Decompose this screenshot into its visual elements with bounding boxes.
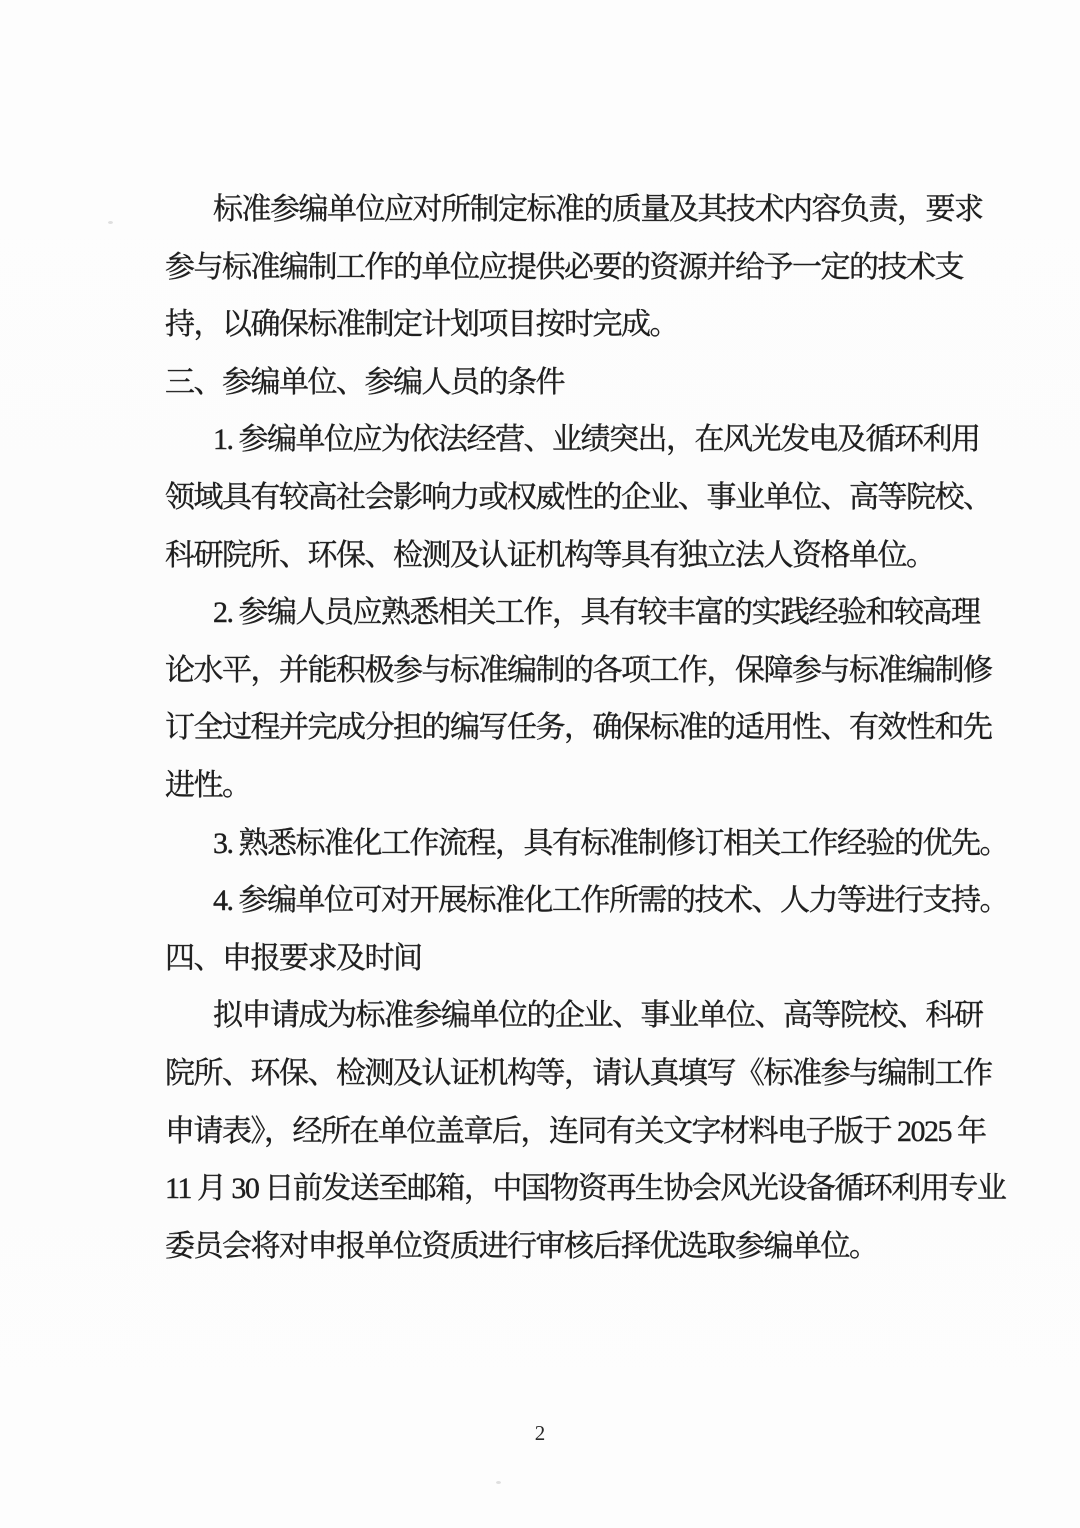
document-page: 标准参编单位应对所制定标准的质量及其技术内容负责，要求 参与标准编制工作的单位应… xyxy=(0,0,1080,1528)
section3-item2-line: 2. 参编人员应熟悉相关工作，具有较丰富的实践经验和较高理 xyxy=(165,584,940,642)
section3-item2-line: 论水平，并能积极参与标准编制的各项工作，保障参与标准编制修 xyxy=(165,642,940,700)
section4-paragraph-line: 委员会将对申报单位资质进行审核后择优选取参编单位。 xyxy=(165,1218,940,1276)
section4-paragraph-line: 拟申请成为标准参编单位的企业、事业单位、高等院校、科研 xyxy=(165,987,940,1045)
section3-item3-line: 3. 熟悉标准化工作流程，具有标准制修订相关工作经验的优先。 xyxy=(165,815,940,873)
section3-item4-line: 4. 参编单位可对开展标准化工作所需的技术、人力等进行支持。 xyxy=(165,872,940,930)
intro-paragraph-line: 持，以确保标准制定计划项目按时完成。 xyxy=(165,296,940,354)
scan-speck xyxy=(496,1481,501,1484)
section4-paragraph-line: 申请表》，经所在单位盖章后，连同有关文字材料电子版于 2025 年 xyxy=(165,1103,940,1161)
section3-item1-line: 领域具有较高社会影响力或权威性的企业、事业单位、高等院校、 xyxy=(165,469,940,527)
section3-item2-line: 订全过程并完成分担的编写任务，确保标准的适用性、有效性和先 xyxy=(165,699,940,757)
page-number: 2 xyxy=(0,1420,1080,1446)
section3-heading: 三、参编单位、参编人员的条件 xyxy=(165,354,940,412)
scan-speck xyxy=(108,221,113,224)
section4-paragraph-line: 院所、环保、检测及认证机构等，请认真填写《标准参与编制工作 xyxy=(165,1045,940,1103)
section3-item2-line: 进性。 xyxy=(165,757,940,815)
intro-paragraph-line: 参与标准编制工作的单位应提供必要的资源并给予一定的技术支 xyxy=(165,239,940,297)
section3-item1-line: 科研院所、环保、检测及认证机构等具有独立法人资格单位。 xyxy=(165,527,940,585)
section4-paragraph-line: 11 月 30 日前发送至邮箱，中国物资再生协会风光设备循环利用专业 xyxy=(165,1160,940,1218)
intro-paragraph-line: 标准参编单位应对所制定标准的质量及其技术内容负责，要求 xyxy=(165,181,940,239)
section3-item1-line: 1. 参编单位应为依法经营、业绩突出，在风光发电及循环利用 xyxy=(165,411,940,469)
section4-heading: 四、申报要求及时间 xyxy=(165,930,940,988)
document-body: 标准参编单位应对所制定标准的质量及其技术内容负责，要求 参与标准编制工作的单位应… xyxy=(165,181,940,1275)
